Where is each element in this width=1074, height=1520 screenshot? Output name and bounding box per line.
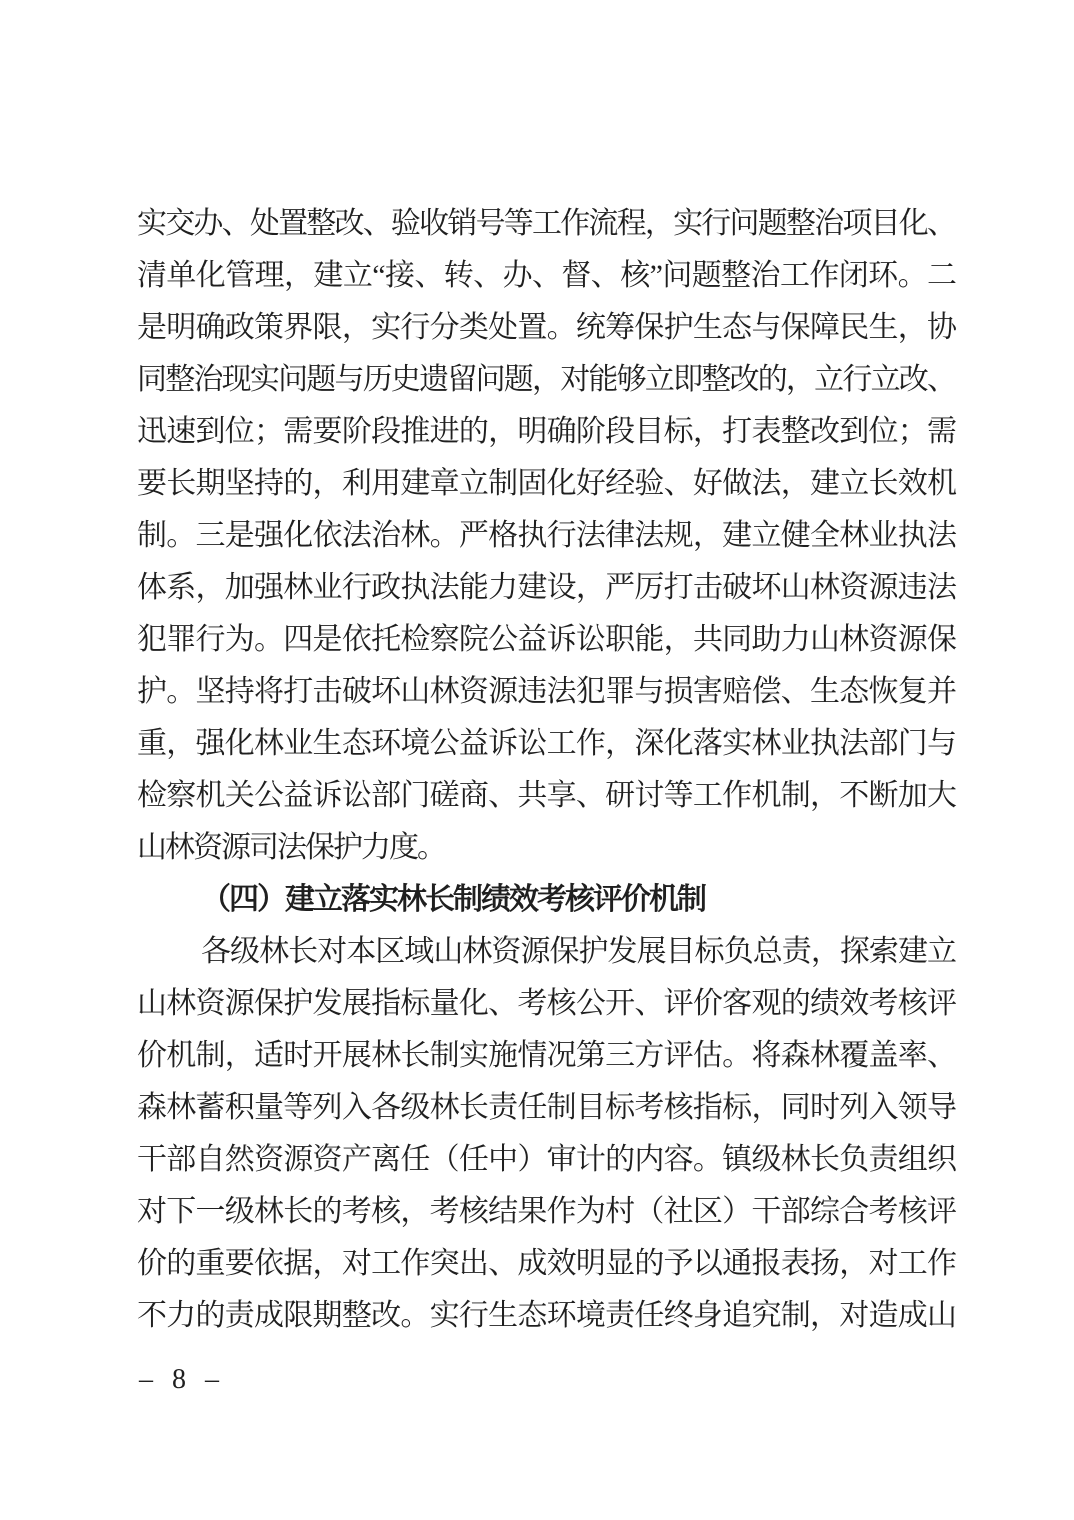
text-line: 同整治现实问题与历史遗留问题，对能够立即整改的，立行立改、: [137, 354, 955, 406]
document-page: 实交办、处置整改、验收销号等工作流程，实行问题整治项目化、 清单化管理，建立“接…: [0, 0, 1074, 1520]
text-line: 实交办、处置整改、验收销号等工作流程，实行问题整治项目化、: [137, 198, 955, 250]
text-line: 清单化管理，建立“接、转、办、督、核”问题整治工作闭环。二: [137, 250, 955, 302]
text-line: 检察机关公益诉讼部门磋商、共享、研讨等工作机制，不断加大: [137, 770, 955, 822]
text-line: 价机制，适时开展林长制实施情况第三方评估。将森林覆盖率、: [137, 1030, 955, 1082]
text-line: 迅速到位；需要阶段推进的，明确阶段目标，打表整改到位；需: [137, 406, 955, 458]
text-line: 对下一级林长的考核，考核结果作为村（社区）干部综合考核评: [137, 1186, 955, 1238]
text-line: 体系，加强林业行政执法能力建设，严厉打击破坏山林资源违法: [137, 562, 955, 614]
text-line: 森林蓄积量等列入各级林长责任制目标考核指标，同时列入领导: [137, 1082, 955, 1134]
text-line: 山林资源司法保护力度。: [137, 822, 955, 874]
page-number: – 8 –: [139, 1360, 225, 1400]
text-line: 制。三是强化依法治林。严格执行法律法规，建立健全林业执法: [137, 510, 955, 562]
text-line: 不力的责成限期整改。实行生态环境责任终身追究制，对造成山: [137, 1290, 955, 1342]
text-line: 价的重要依据，对工作突出、成效明显的予以通报表扬，对工作: [137, 1238, 955, 1290]
text-line: 要长期坚持的，利用建章立制固化好经验、好做法，建立长效机: [137, 458, 955, 510]
text-line: 护。坚持将打击破坏山林资源违法犯罪与损害赔偿、生态恢复并: [137, 666, 955, 718]
text-line: 犯罪行为。四是依托检察院公益诉讼职能，共同助力山林资源保: [137, 614, 955, 666]
text-line: 山林资源保护发展指标量化、考核公开、评价客观的绩效考核评: [137, 978, 955, 1030]
paragraph-first-line: 各级林长对本区域山林资源保护发展目标负总责，探索建立: [137, 926, 955, 978]
section-heading: （四）建立落实林长制绩效考核评价机制: [137, 874, 955, 926]
text-line: 重，强化林业生态环境公益诉讼工作，深化落实林业执法部门与: [137, 718, 955, 770]
document-body: 实交办、处置整改、验收销号等工作流程，实行问题整治项目化、 清单化管理，建立“接…: [137, 198, 955, 1342]
text-line: 干部自然资源资产离任（任中）审计的内容。镇级林长负责组织: [137, 1134, 955, 1186]
text-line: 是明确政策界限，实行分类处置。统筹保护生态与保障民生，协: [137, 302, 955, 354]
